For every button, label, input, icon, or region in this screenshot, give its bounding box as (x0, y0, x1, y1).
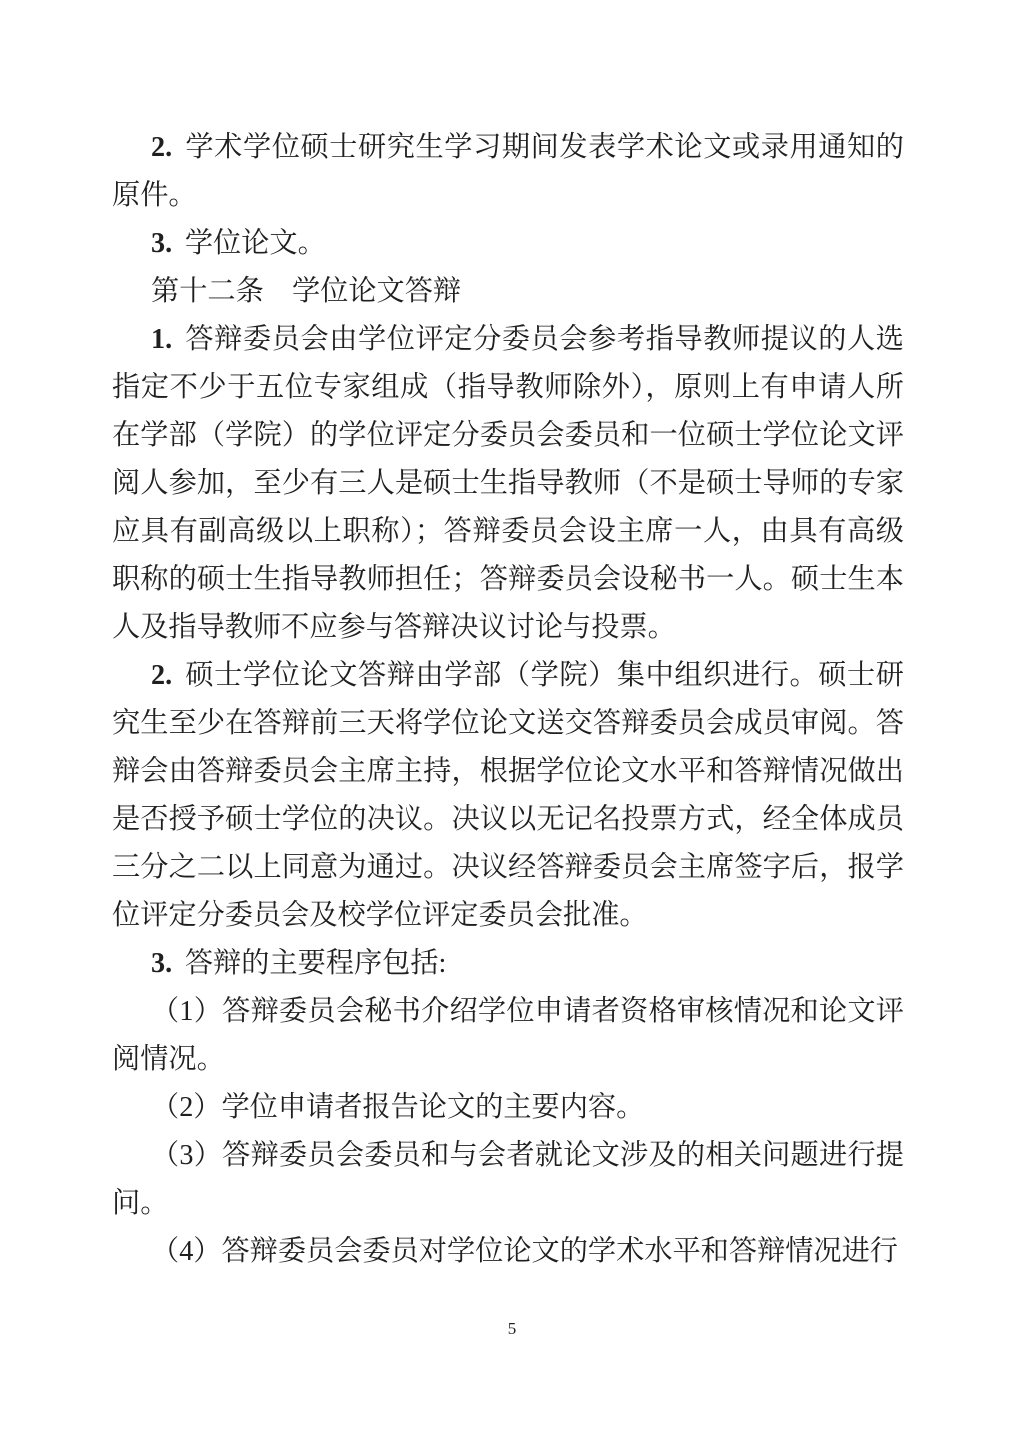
paragraph: 3.学位论文。 (112, 220, 904, 268)
paragraph: 3.答辩的主要程序包括: (112, 940, 904, 988)
clause-heading: 第十二条 学位论文答辩 (112, 268, 904, 316)
list-number: 3. (151, 948, 172, 979)
paragraph: 1.答辩委员会由学位评定分委员会参考指导教师提议的人选指定不少于五位专家组成（指… (112, 316, 904, 652)
paragraph-text: 答辩的主要程序包括: (185, 948, 447, 979)
paragraph: 2.学术学位硕士研究生学习期间发表学术论文或录用通知的原件。 (112, 124, 904, 220)
paragraph-text: （2）学位申请者报告论文的主要内容。 (151, 1092, 644, 1123)
paragraph-text: （1）答辩委员会秘书介绍学位申请者资格审核情况和论文评阅情况。 (112, 996, 904, 1075)
paragraph-text: （4）答辩委员会委员对学位论文的学术水平和答辩情况进行 (151, 1236, 898, 1267)
paragraph-text: （3）答辩委员会委员和与会者就论文涉及的相关问题进行提问。 (112, 1140, 904, 1219)
page-number: 5 (0, 1318, 1024, 1340)
paragraph: 2.硕士学位论文答辩由学部（学院）集中组织进行。硕士研究生至少在答辩前三天将学位… (112, 652, 904, 940)
paragraph-text: 学术学位硕士研究生学习期间发表学术论文或录用通知的原件。 (112, 132, 904, 211)
paragraph-text: 第十二条 学位论文答辩 (151, 276, 461, 307)
paragraph-text: 硕士学位论文答辩由学部（学院）集中组织进行。硕士研究生至少在答辩前三天将学位论文… (112, 660, 904, 931)
list-number: 3. (151, 228, 172, 259)
list-item: （1）答辩委员会秘书介绍学位申请者资格审核情况和论文评阅情况。 (112, 988, 904, 1084)
list-number: 2. (151, 660, 172, 691)
list-item: （4）答辩委员会委员对学位论文的学术水平和答辩情况进行 (112, 1228, 904, 1276)
list-item: （2）学位申请者报告论文的主要内容。 (112, 1084, 904, 1132)
document-page: 2.学术学位硕士研究生学习期间发表学术论文或录用通知的原件。 3.学位论文。 第… (0, 0, 1024, 1446)
paragraph-text: 学位论文。 (185, 228, 326, 259)
list-number: 2. (151, 132, 172, 163)
list-item: （3）答辩委员会委员和与会者就论文涉及的相关问题进行提问。 (112, 1132, 904, 1228)
list-number: 1. (151, 324, 172, 355)
document-body: 2.学术学位硕士研究生学习期间发表学术论文或录用通知的原件。 3.学位论文。 第… (112, 124, 904, 1276)
paragraph-text: 答辩委员会由学位评定分委员会参考指导教师提议的人选指定不少于五位专家组成（指导教… (112, 324, 904, 643)
